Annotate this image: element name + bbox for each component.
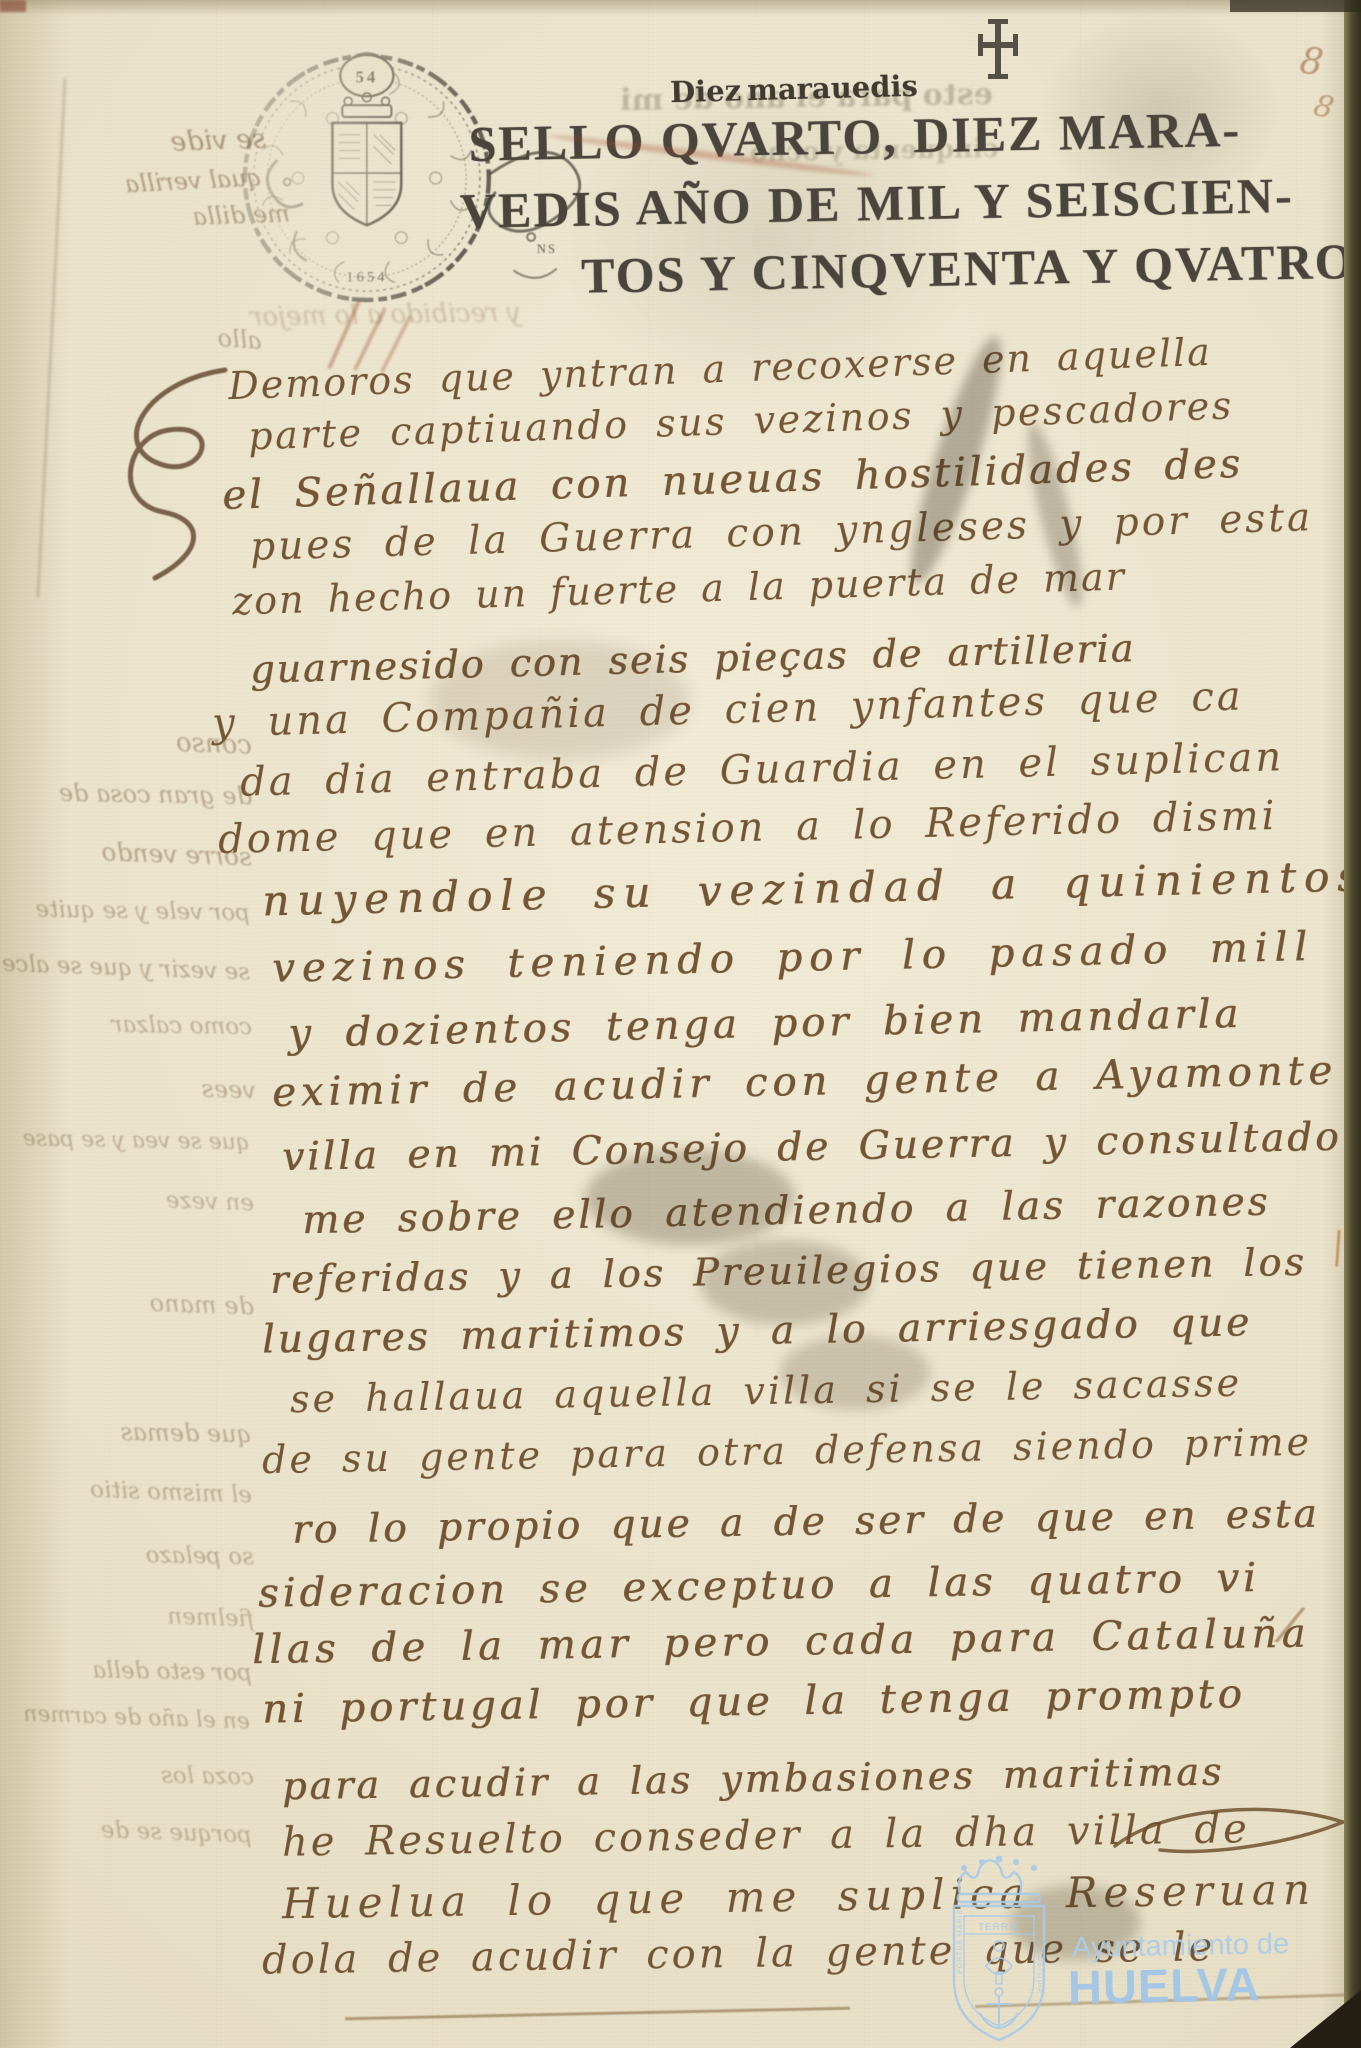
seal-year: 1654 (346, 269, 387, 285)
manuscript-line: dome que en atension a lo Referido dismi (218, 796, 1278, 860)
bleedthrough-snippet: que se vea y se pase (0, 1126, 250, 1156)
bleedthrough-snippet: coza los (0, 1760, 254, 1791)
manuscript-line: Huelua lo que me suplica Reseruan (282, 1869, 1317, 1925)
manuscript-line: sideracion se exceptuo a las quatro vi (258, 1558, 1260, 1614)
bleedthrough-scribble: y recibido a lo mejor (250, 298, 522, 333)
seal-value: 54 (356, 68, 379, 87)
manuscript-line: y dozientos tenga por bien mandarla (288, 994, 1243, 1054)
bleedthrough-snippet: por vele y se quite (0, 896, 250, 927)
bottom-rule-left (345, 2007, 850, 2021)
manuscript-page: esto para el año de mi cinquenta y ocho (0, 0, 1361, 2048)
line-end-flourish (1105, 1798, 1355, 1870)
manuscript-line: de su gente para otra defensa siendo pri… (262, 1423, 1313, 1479)
ink-smudge (780, 1335, 930, 1410)
manuscript-line: ni portugal por que la tenga prompto (262, 1674, 1246, 1729)
bleedthrough-snippet: allo (1, 309, 262, 355)
manuscript-line: se hallaua aquella villa si se le sacass… (290, 1364, 1243, 1419)
bleedthrough-snippet: so pelazo (0, 1540, 254, 1571)
bleedthrough-snippet: vees (0, 1067, 256, 1104)
page-corner-top-left (0, 0, 26, 12)
bleedthrough-snippet: de gran cosa de (0, 778, 252, 811)
edge-ink-mark: 8 (1310, 88, 1337, 127)
edge-ink-mark: 8 (1297, 41, 1325, 85)
manuscript-line: nuyendole su vezindad a quinientos (262, 855, 1361, 922)
manuscript-line: para acudir a las ymbasiones maritimas (282, 1753, 1225, 1806)
bleedthrough-snippet: porque se de (0, 1813, 252, 1848)
page-corner-top-right (1230, 0, 1361, 12)
stamp-duty-label: Diez marauedis (670, 69, 919, 109)
bleedthrough-snippet: qual verilla (1, 163, 262, 205)
cross-icon (976, 18, 1020, 82)
page-edge-right (1344, 0, 1361, 2048)
ink-smudge (430, 640, 690, 760)
manuscript-line: vezinos teniendo por lo pasado mill (272, 927, 1315, 989)
watermark-org-wordmark: HUELVA (1068, 1956, 1261, 2014)
manuscript-line: villa en mi Consejo de Guerra y consulta… (282, 1118, 1342, 1177)
bleedthrough-snippet: en el año de carmen (0, 1700, 250, 1734)
bleedthrough-snippet: se vide (6, 123, 267, 163)
bleedthrough-snippet: fielmen (0, 1597, 254, 1632)
margin-flourish (85, 352, 245, 592)
ink-smudge (585, 1150, 795, 1245)
ink-smudge (700, 1240, 870, 1325)
bleedthrough-snippet: por esto della (0, 1656, 252, 1687)
manuscript-line: da dia entraba de Guardia en el suplican (240, 737, 1285, 803)
watermark-shield-band: TERRÆ (978, 1922, 1020, 1933)
bleedthrough-snippet: como calzar (0, 1010, 252, 1041)
bleedthrough-snippet: se vezir y que se alce (0, 950, 250, 985)
watermark-shield-right: CUSTODIA (1036, 1950, 1043, 1994)
huelva-crest-watermark: TERRÆ PORTUS MARIS CUSTODIA (946, 1854, 1052, 2048)
bleedthrough-snippet: que demas (0, 1416, 252, 1449)
manuscript-line: eximir de acudir con gente a Ayamonte (272, 1051, 1338, 1113)
bleedthrough-snippet: en veze (0, 1181, 254, 1216)
seal-initials: NS (537, 242, 557, 256)
manuscript-line: llas de la mar pero cada para Cataluña (252, 1614, 1310, 1671)
bleedthrough-snippet: de mano (0, 1283, 254, 1320)
manuscript-line: zon hecho un fuerte a la puerta de mar (232, 558, 1127, 621)
manuscript-line: ro lo propio que a de ser de que en esta… (292, 1493, 1361, 1550)
bleedthrough-snippet: sorre vendo (0, 833, 252, 871)
official-seal-stamp: 54 NS 1654 (236, 42, 600, 314)
bleedthrough-snippet: el mismo sitio (0, 1473, 252, 1508)
watermark-shield-left: PORTUS MARIS (957, 1909, 964, 1974)
